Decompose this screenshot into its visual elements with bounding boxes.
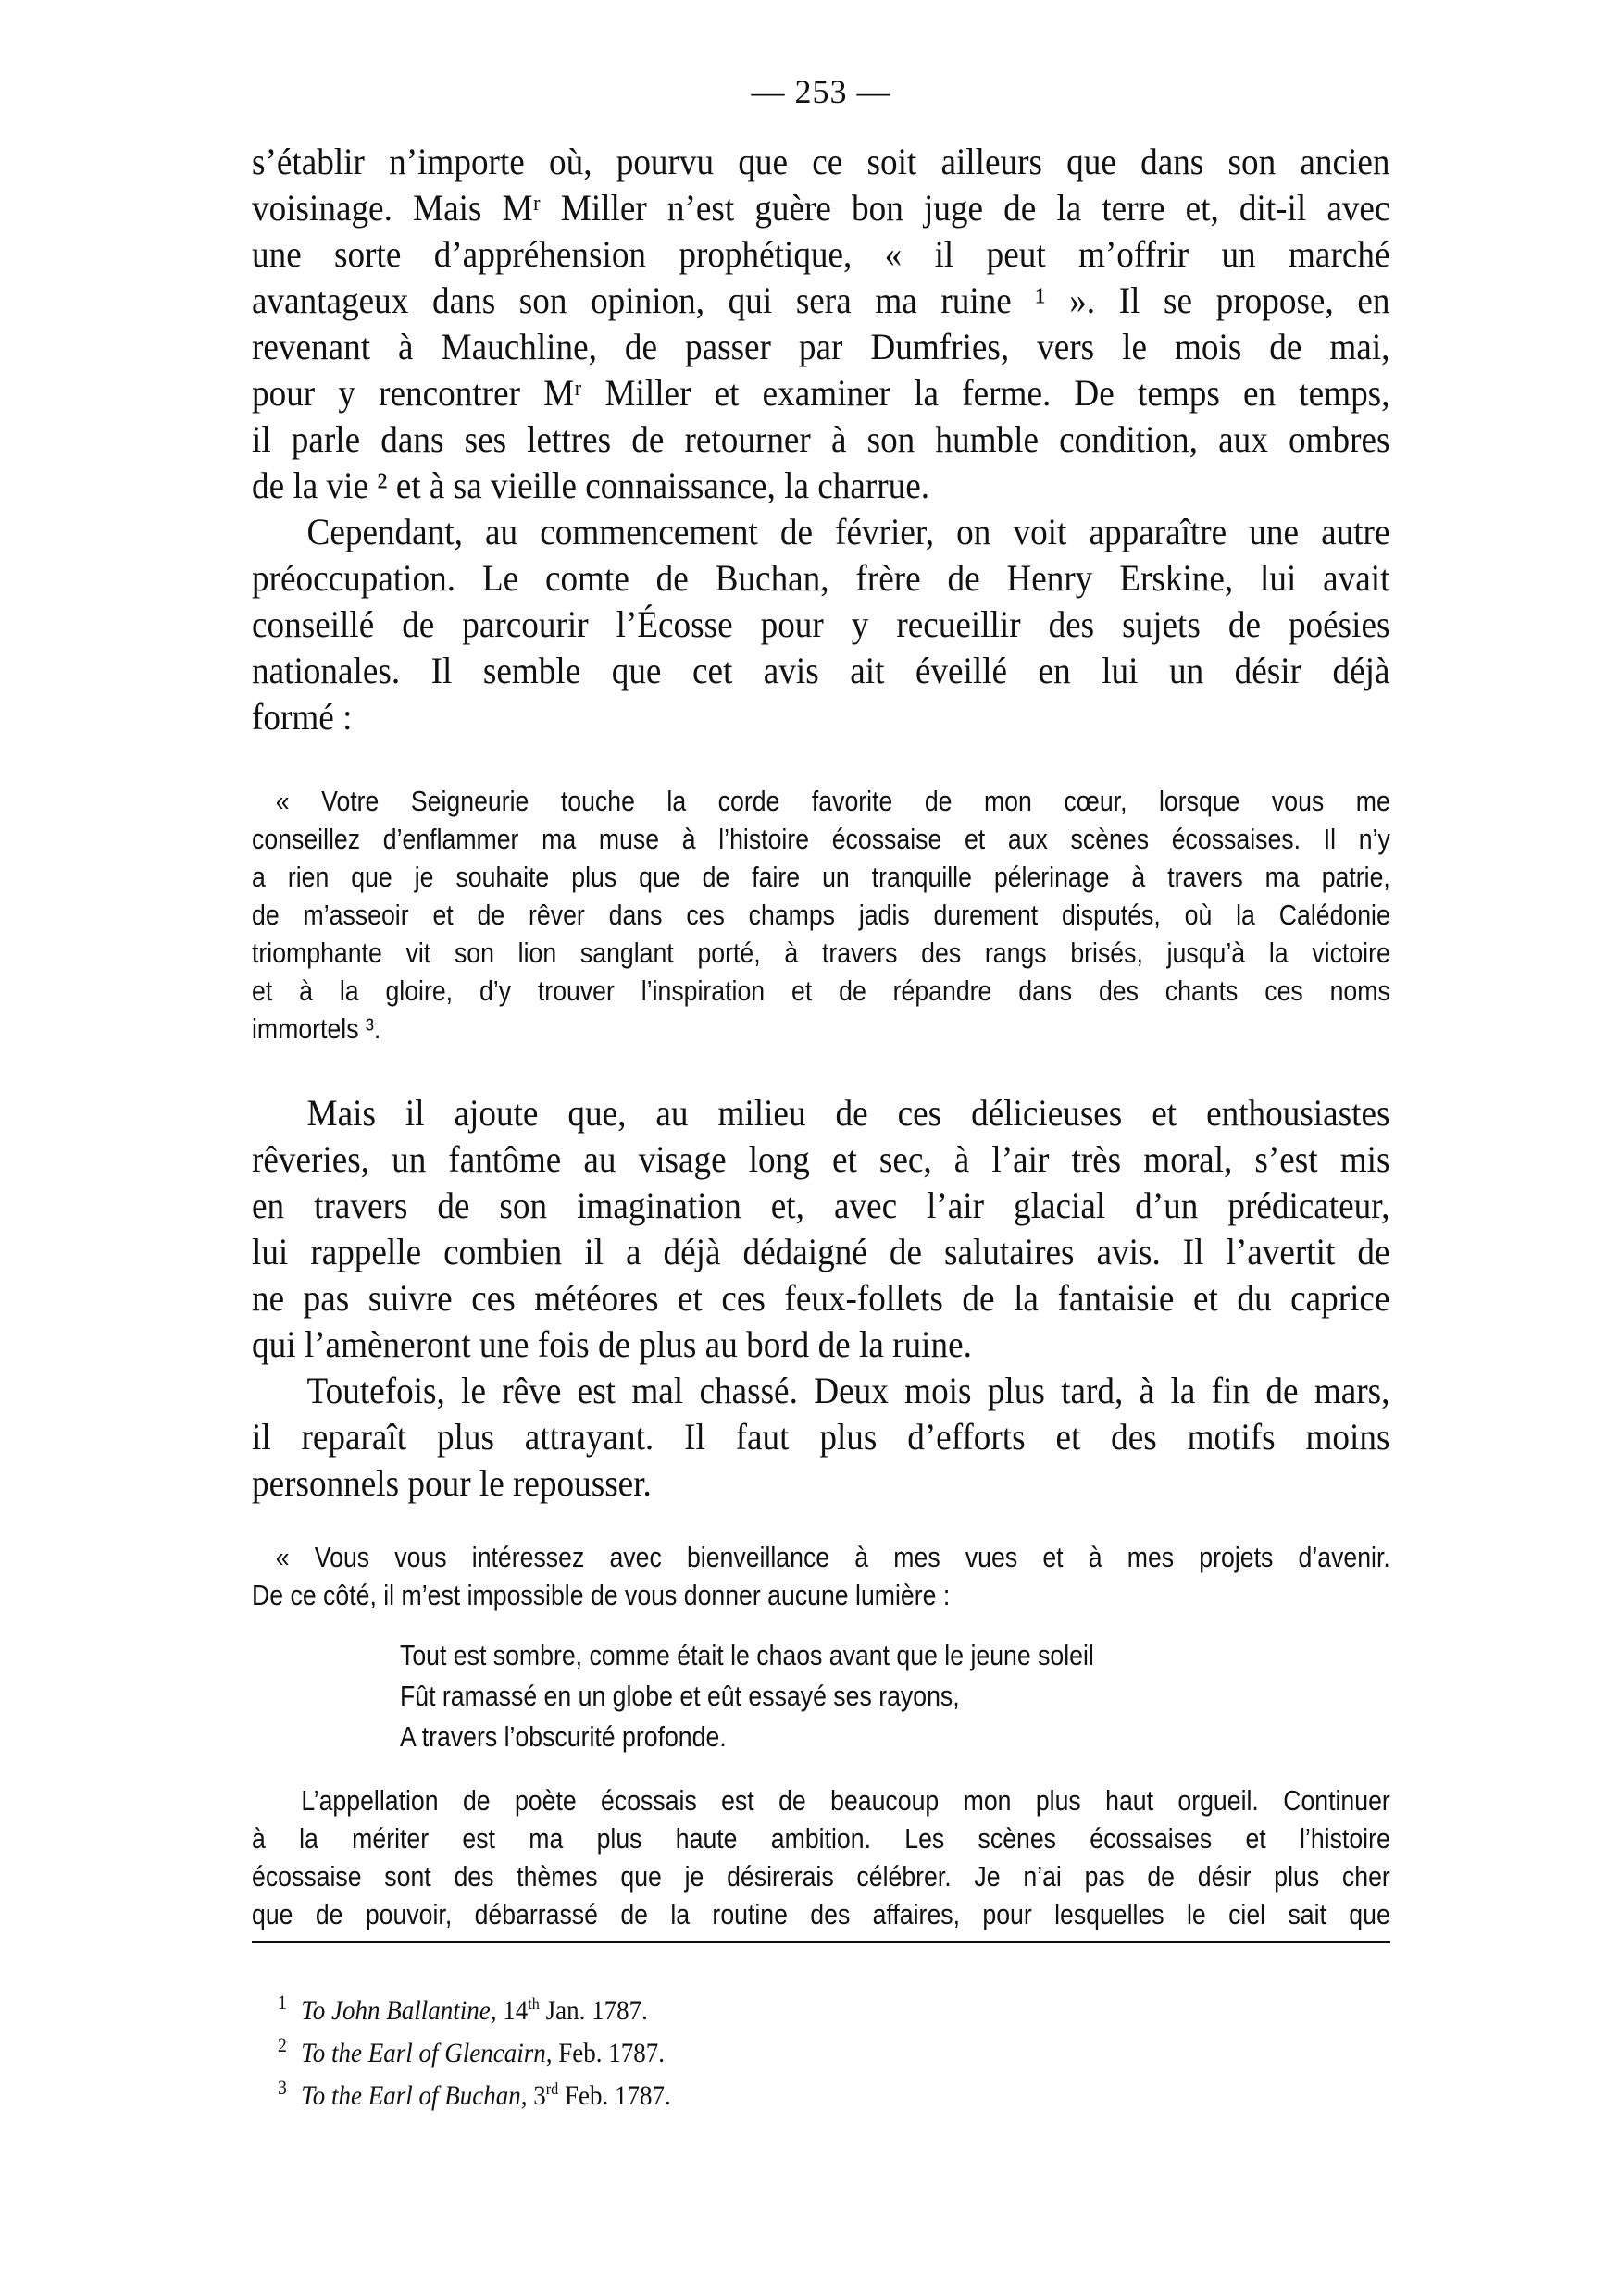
text-line: voisinage. Mais Mʳ Miller n’est guère bo… <box>252 185 1389 231</box>
text-line: avantageux dans son opinion, qui sera ma… <box>252 278 1389 324</box>
text-line: de la vie ² et à sa vieille connaissance… <box>252 463 1389 509</box>
quote-line: immortels ³. <box>252 1010 1390 1048</box>
text-line: pour y rencontrer Mʳ Miller et examiner … <box>252 370 1389 416</box>
footnote-date-rest: Feb. 1787. <box>558 2080 671 2111</box>
quote-line: L’appellation de poète écossais est de b… <box>252 1781 1390 1819</box>
text-line: rêveries, un fantôme au visage long et s… <box>252 1136 1389 1183</box>
quote-line: de m’asseoir et de rêver dans ces champs… <box>252 896 1390 934</box>
text-line: il reparaît plus attrayant. Il faut plus… <box>252 1414 1389 1460</box>
quote-line: « Votre Seigneurie touche la corde favor… <box>252 782 1390 820</box>
text-line: Toutefois, le rêve est mal chassé. Deux … <box>252 1368 1389 1414</box>
text-line: en travers de son imagination et, avec l… <box>252 1183 1389 1229</box>
footnote-ordinal: rd <box>546 2079 559 2098</box>
text-line: nationales. Il semble que cet avis ait é… <box>252 648 1389 694</box>
text-line: conseillé de parcourir l’Écosse pour y r… <box>252 602 1389 648</box>
block-quote-1: « Votre Seigneurie touche la corde favor… <box>252 782 1231 1048</box>
quote-line: « Vous vous intéressez avec bienveillanc… <box>252 1538 1390 1576</box>
verse-line: Tout est sombre, comme était le chaos av… <box>400 1635 1094 1676</box>
text-line: Mais il ajoute que, au milieu de ces dél… <box>252 1090 1389 1136</box>
footnote-date: Feb. 1787. <box>552 2038 665 2068</box>
quote-line: De ce côté, il m’est impossible de vous … <box>252 1576 1390 1614</box>
quote-line: à la mériter est ma plus haute ambition.… <box>252 1819 1390 1857</box>
text-line: s’établir n’importe où, pourvu que ce so… <box>252 139 1389 185</box>
verse-line: A travers l’obscurité profonde. <box>400 1717 1094 1757</box>
text-line: il parle dans ses lettres de retourner à… <box>252 416 1389 463</box>
quote-line: et à la gloire, d’y trouver l’inspiratio… <box>252 972 1390 1010</box>
text-line: lui rappelle combien il a déjà dédaigné … <box>252 1229 1389 1275</box>
paragraph-3: Mais il ajoute que, au milieu de ces dél… <box>252 1090 1311 1368</box>
paragraph-2: Cependant, au commencement de février, o… <box>252 509 1311 740</box>
footnote-2: 2To the Earl of Glencairn, Feb. 1787. <box>278 2032 671 2075</box>
footnote-divider <box>252 1941 1390 1943</box>
footnote-date-rest: Jan. 1787. <box>540 1995 648 2026</box>
quote-line: écossaise sont des thèmes que je désirer… <box>252 1857 1390 1895</box>
paragraph-4: Toutefois, le rêve est mal chassé. Deux … <box>252 1368 1311 1507</box>
text-line: personnels pour le repousser. <box>252 1460 1389 1507</box>
footnote-recipient: To the Earl of Glencairn, <box>301 2038 552 2068</box>
verse-block: Tout est sombre, comme était le chaos av… <box>400 1635 1094 1757</box>
quote-line: a rien que je souhaite plus que de faire… <box>252 858 1390 896</box>
paragraph-1: s’établir n’importe où, pourvu que ce so… <box>252 139 1311 509</box>
page-number: — 253 — <box>252 72 1390 111</box>
footnote-date: 3 <box>527 2080 545 2111</box>
text-line: revenant à Mauchline, de passer par Dumf… <box>252 324 1389 370</box>
quote-line: triomphante vit son lion sanglant porté,… <box>252 934 1390 972</box>
quote-line: que de pouvoir, débarrassé de la routine… <box>252 1895 1390 1933</box>
footnote-3: 3To the Earl of Buchan, 3rd Feb. 1787. <box>278 2075 671 2117</box>
text-line: préoccupation. Le comte de Buchan, frère… <box>252 555 1389 602</box>
footnote-recipient: To the Earl of Buchan, <box>301 2080 527 2111</box>
block-quote-2: « Vous vous intéressez avec bienveillanc… <box>252 1538 1231 1614</box>
quote-line: conseillez d’enflammer ma muse à l’histo… <box>252 820 1390 858</box>
verse-line: Fût ramassé en un globe et eût essayé se… <box>400 1676 1094 1717</box>
text-line: ne pas suivre ces météores et ces feux-f… <box>252 1275 1389 1322</box>
text-line: Cependant, au commencement de février, o… <box>252 509 1389 555</box>
text-line: formé : <box>252 694 1389 740</box>
block-quote-2-continuation: L’appellation de poète écossais est de b… <box>252 1781 1231 1933</box>
footnote-recipient: To John Ballantine, <box>301 1995 496 2026</box>
footnotes: 1To John Ballantine, 14th Jan. 1787. 2To… <box>278 1990 671 2117</box>
text-line: une sorte d’appréhension prophétique, « … <box>252 231 1389 278</box>
text-line: qui l’amèneront une fois de plus au bord… <box>252 1322 1389 1368</box>
footnote-1: 1To John Ballantine, 14th Jan. 1787. <box>278 1990 671 2032</box>
footnote-ordinal: th <box>528 1994 540 2013</box>
footnote-date: 14 <box>496 1995 528 2026</box>
